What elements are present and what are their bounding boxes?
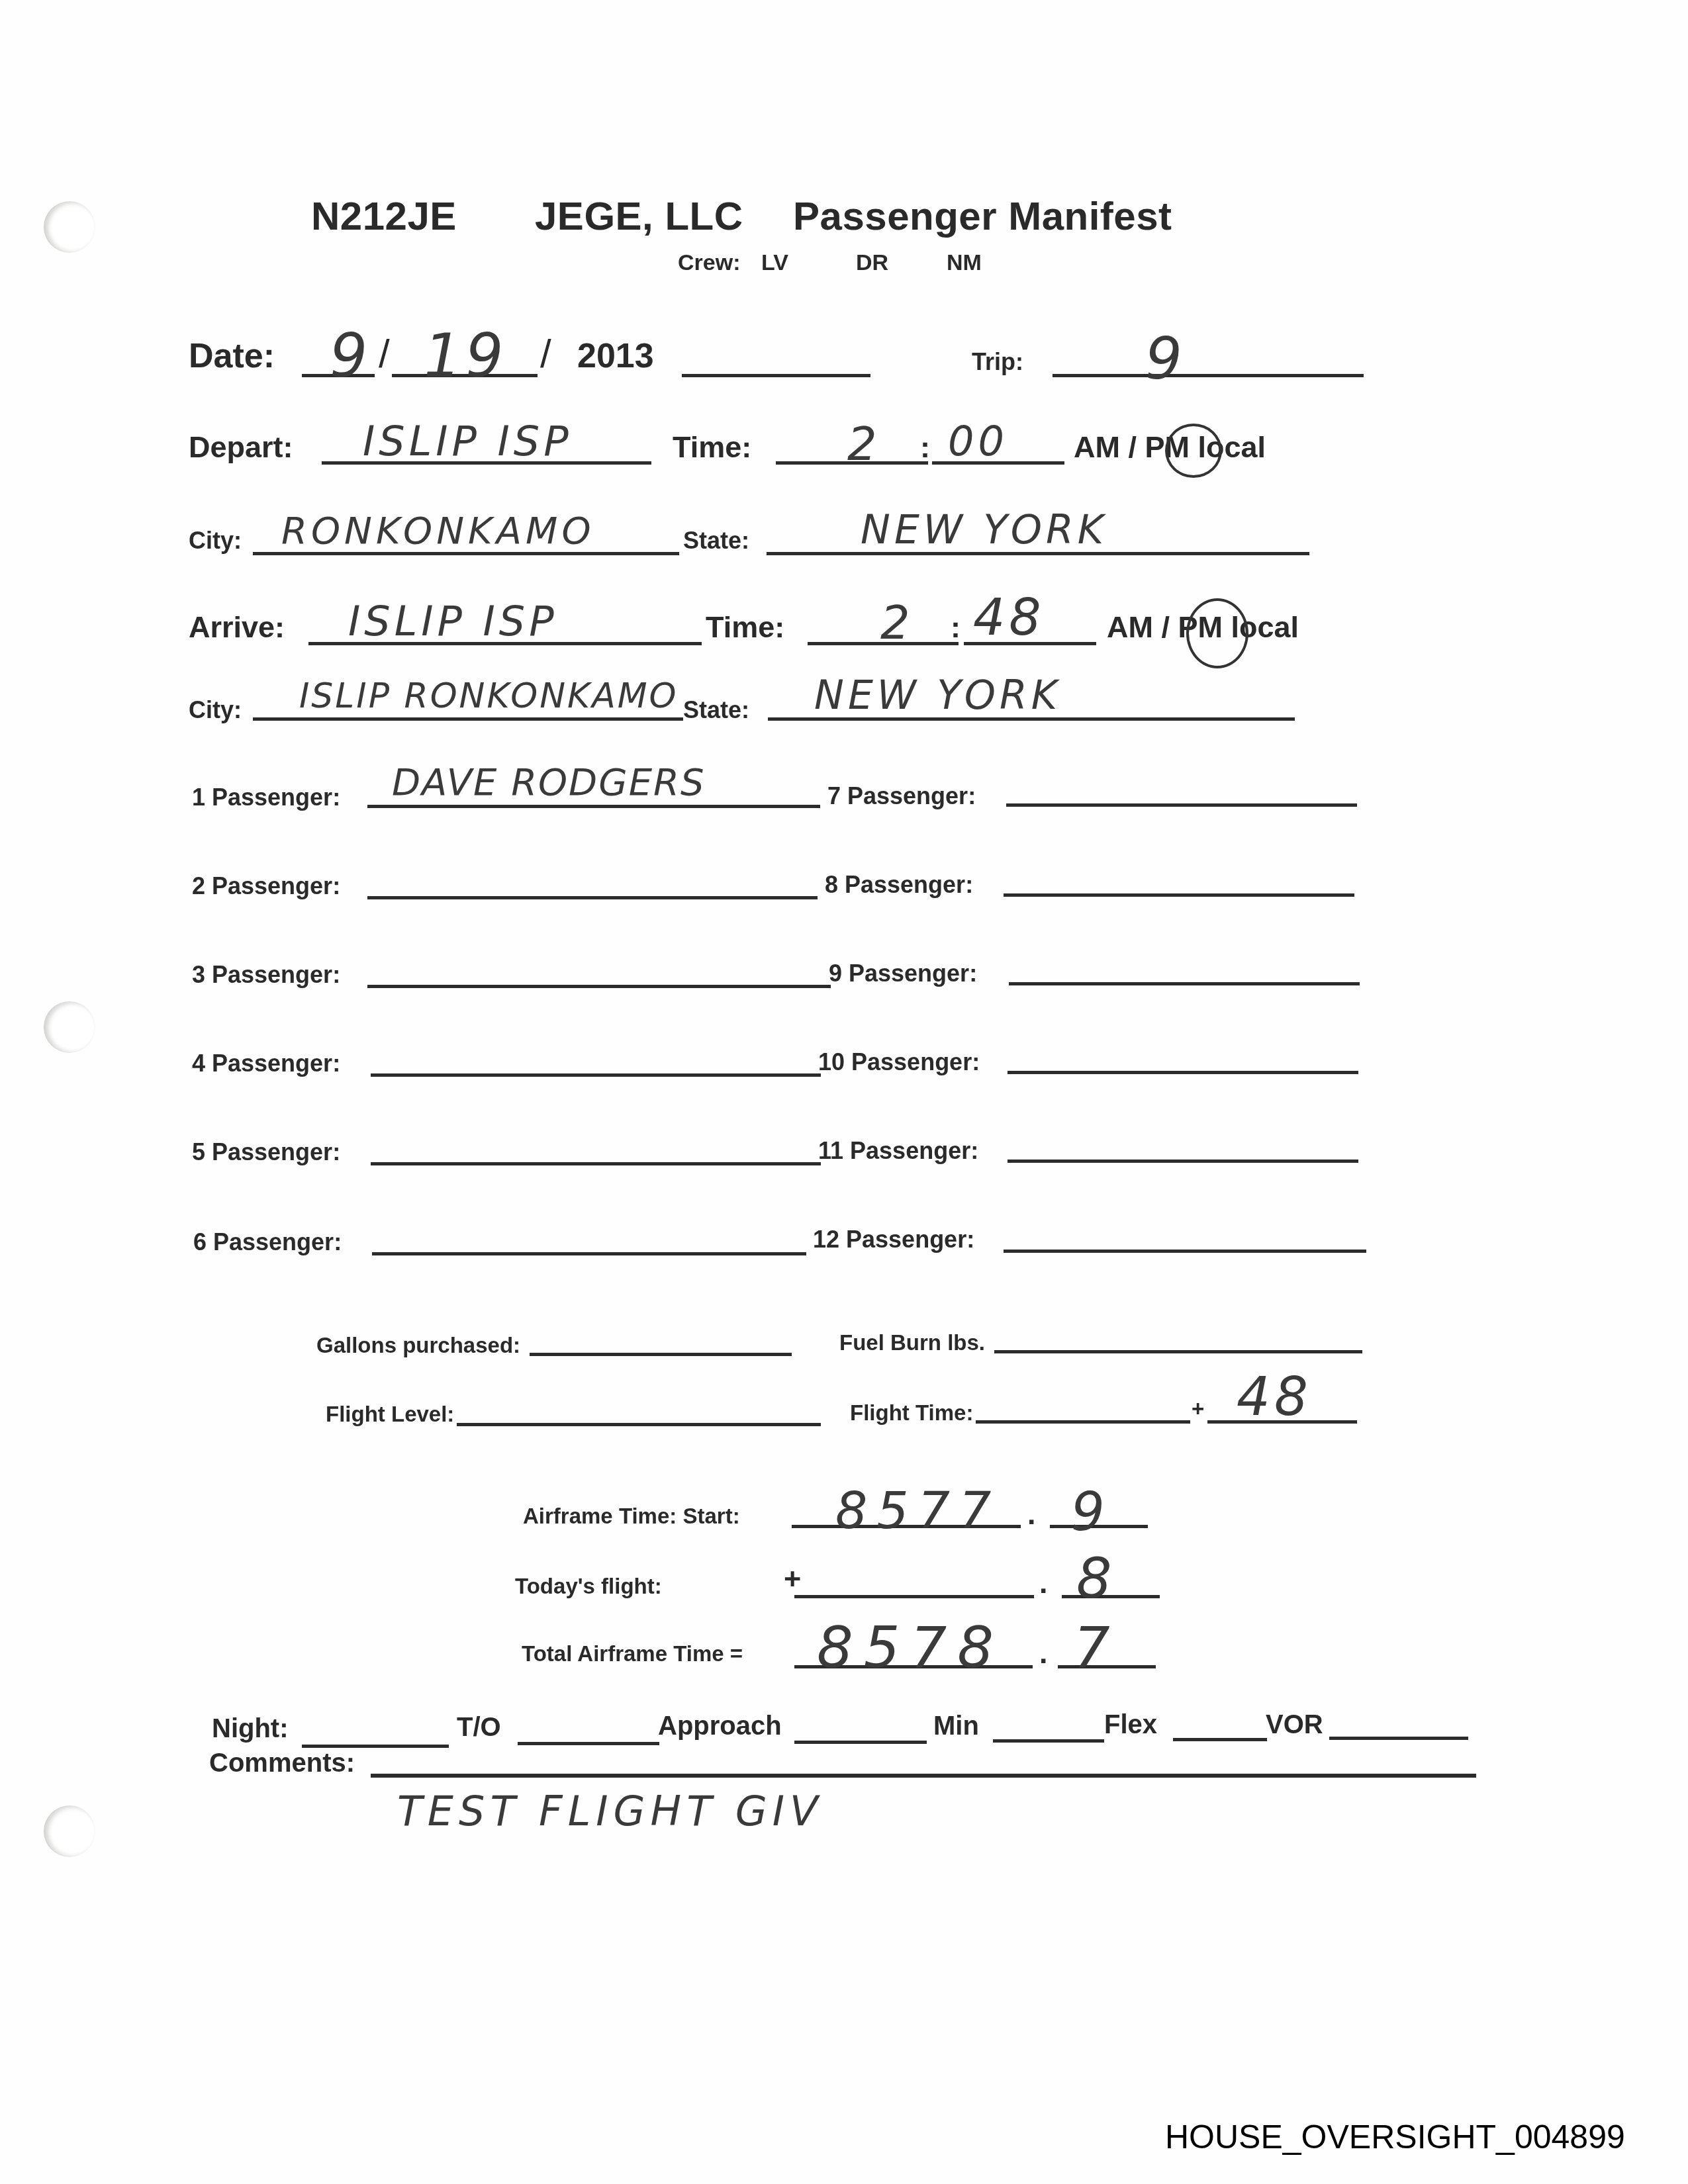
arrive-state-field[interactable]: NEW YORK bbox=[814, 672, 1061, 719]
passenger-11-line bbox=[1008, 1160, 1358, 1163]
depart-time-colon: : bbox=[920, 430, 930, 465]
min-line bbox=[993, 1739, 1104, 1743]
date-label: Date: bbox=[189, 336, 275, 376]
arrive-field[interactable]: ISLIP ISP bbox=[348, 597, 558, 645]
passenger-10-line bbox=[1008, 1071, 1358, 1074]
passenger-1-field[interactable]: DAVE RODGERS bbox=[392, 761, 705, 804]
crew-member-3: NM bbox=[947, 250, 982, 276]
passenger-6-line bbox=[372, 1252, 806, 1255]
passenger-7-line bbox=[1006, 803, 1357, 807]
arrive-pm-circle bbox=[1186, 598, 1248, 668]
comments-label: Comments: bbox=[209, 1749, 355, 1778]
depart-time-label: Time: bbox=[673, 430, 751, 465]
depart-minute-field[interactable]: 00 bbox=[948, 417, 1008, 465]
passenger-4-line bbox=[371, 1073, 821, 1077]
passenger-9-label: 9 Passenger: bbox=[829, 960, 977, 987]
date-month-field[interactable]: 9 bbox=[330, 322, 371, 391]
gallons-line bbox=[530, 1353, 792, 1356]
passenger-4-label: 4 Passenger: bbox=[192, 1050, 340, 1077]
manifest-page: N212JE JEGE, LLC Passenger Manifest Crew… bbox=[0, 0, 1688, 2184]
flight-time-plus: + bbox=[1192, 1396, 1204, 1422]
todays-flight-label: Today's flight: bbox=[515, 1574, 662, 1599]
approach-label: Approach bbox=[658, 1711, 782, 1741]
date-sep-2: / bbox=[540, 331, 551, 377]
airframe-start-dot: . bbox=[1027, 1497, 1036, 1531]
passenger-6-label: 6 Passenger: bbox=[193, 1228, 342, 1256]
total-airframe-whole-field[interactable]: 8578 bbox=[817, 1615, 1004, 1681]
night-line bbox=[302, 1745, 449, 1748]
depart-pm-circle bbox=[1165, 424, 1222, 478]
arrive-hour-field[interactable]: 2 bbox=[880, 596, 914, 650]
depart-state-label: State: bbox=[683, 527, 749, 555]
todays-flight-tenths-field[interactable]: 8 bbox=[1076, 1546, 1115, 1611]
crew-member-1: LV bbox=[761, 250, 788, 276]
company-name: JEGE, LLC bbox=[535, 193, 743, 239]
date-sep-1: / bbox=[379, 331, 390, 377]
arrive-city-label: City: bbox=[189, 696, 242, 724]
depart-city-field[interactable]: RONKONKAMO bbox=[281, 510, 595, 553]
flight-time-label: Flight Time: bbox=[850, 1400, 973, 1426]
flight-time-minutes-field[interactable]: 48 bbox=[1237, 1366, 1312, 1428]
comments-line bbox=[371, 1774, 1476, 1778]
total-airframe-label: Total Airframe Time = bbox=[522, 1641, 743, 1666]
passenger-7-label: 7 Passenger: bbox=[827, 782, 976, 810]
crew-member-2: DR bbox=[856, 250, 888, 276]
passenger-8-label: 8 Passenger: bbox=[825, 871, 973, 899]
flight-level-line bbox=[457, 1423, 821, 1426]
passenger-12-label: 12 Passenger: bbox=[813, 1226, 974, 1253]
binder-hole-top bbox=[44, 201, 95, 253]
approach-line bbox=[794, 1741, 927, 1744]
flight-time-hours-line bbox=[976, 1420, 1190, 1424]
fuel-burn-label: Fuel Burn lbs. bbox=[839, 1330, 985, 1355]
flex-line bbox=[1173, 1738, 1267, 1741]
gallons-label: Gallons purchased: bbox=[316, 1333, 520, 1358]
trip-line bbox=[1053, 374, 1364, 377]
passenger-3-label: 3 Passenger: bbox=[192, 961, 340, 989]
passenger-1-line bbox=[367, 805, 820, 808]
date-day-field[interactable]: 19 bbox=[424, 322, 508, 391]
takeoff-label: T/O bbox=[457, 1713, 501, 1743]
airframe-start-tenths-field[interactable]: 9 bbox=[1071, 1481, 1109, 1543]
bates-number: HOUSE_OVERSIGHT_004899 bbox=[1165, 2118, 1625, 2156]
min-label: Min bbox=[933, 1711, 979, 1741]
passenger-12-line bbox=[1004, 1250, 1366, 1253]
airframe-start-whole-field[interactable]: 8577 bbox=[835, 1481, 1000, 1540]
arrive-time-colon: : bbox=[951, 610, 961, 645]
passenger-5-line bbox=[371, 1162, 821, 1165]
flight-level-label: Flight Level: bbox=[326, 1402, 454, 1427]
airframe-start-label: Airframe Time: Start: bbox=[523, 1504, 740, 1529]
arrive-city-line bbox=[253, 717, 683, 721]
arrive-state-label: State: bbox=[683, 696, 749, 724]
arrive-minute-field[interactable]: 48 bbox=[973, 588, 1045, 647]
depart-state-field[interactable]: NEW YORK bbox=[861, 507, 1107, 553]
vor-line bbox=[1329, 1737, 1468, 1740]
comments-field[interactable]: TEST FLIGHT GIV bbox=[397, 1787, 823, 1835]
depart-city-label: City: bbox=[189, 527, 242, 555]
depart-hour-field[interactable]: 2 bbox=[847, 417, 881, 471]
passenger-10-label: 10 Passenger: bbox=[818, 1048, 980, 1076]
passenger-3-line bbox=[367, 985, 831, 988]
todays-flight-whole-line bbox=[794, 1595, 1034, 1598]
fuel-burn-line bbox=[994, 1350, 1362, 1353]
trip-field[interactable]: 9 bbox=[1145, 324, 1186, 392]
depart-field[interactable]: ISLIP ISP bbox=[363, 417, 573, 465]
crew-label: Crew: bbox=[678, 250, 740, 276]
total-airframe-tenths-field[interactable]: 7 bbox=[1074, 1615, 1114, 1681]
binder-hole-middle bbox=[44, 1001, 95, 1053]
passenger-11-label: 11 Passenger: bbox=[818, 1137, 978, 1165]
trip-label: Trip: bbox=[972, 348, 1023, 376]
todays-flight-dot: . bbox=[1039, 1566, 1048, 1600]
arrive-city-field[interactable]: ISLIP RONKONKAMO bbox=[299, 676, 679, 716]
depart-label: Depart: bbox=[189, 430, 293, 465]
todays-flight-plus: + bbox=[784, 1562, 801, 1596]
date-year-line bbox=[682, 374, 870, 377]
total-airframe-dot: . bbox=[1039, 1636, 1048, 1670]
arrive-label: Arrive: bbox=[189, 610, 285, 645]
passenger-2-line bbox=[367, 896, 818, 899]
tail-number: N212JE bbox=[311, 193, 457, 239]
passenger-9-line bbox=[1009, 982, 1360, 985]
takeoff-line bbox=[518, 1742, 659, 1745]
night-label: Night: bbox=[212, 1714, 289, 1744]
vor-label: VOR bbox=[1266, 1710, 1323, 1740]
form-title: Passenger Manifest bbox=[793, 193, 1172, 239]
arrive-time-label: Time: bbox=[706, 610, 784, 645]
passenger-1-label: 1 Passenger: bbox=[192, 784, 340, 811]
flex-label: Flex bbox=[1104, 1710, 1157, 1740]
passenger-2-label: 2 Passenger: bbox=[192, 872, 340, 900]
binder-hole-bottom bbox=[44, 1805, 95, 1857]
passenger-5-label: 5 Passenger: bbox=[192, 1138, 340, 1166]
date-year: 2013 bbox=[577, 336, 654, 376]
passenger-8-line bbox=[1004, 893, 1354, 897]
